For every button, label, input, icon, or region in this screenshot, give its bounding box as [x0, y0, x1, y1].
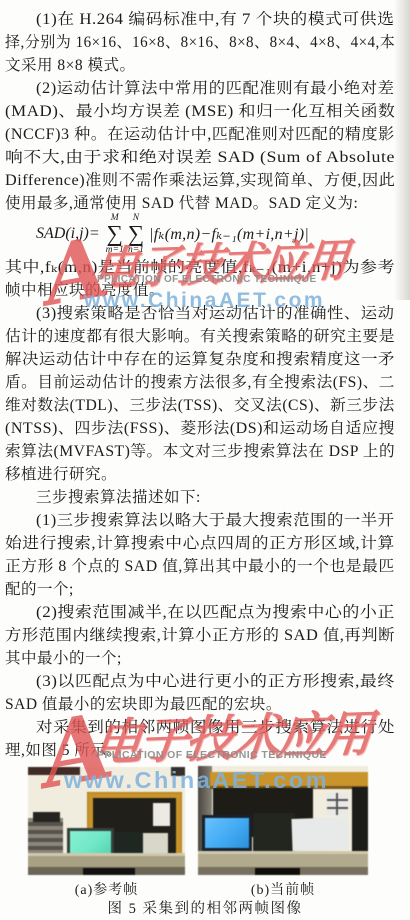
text-line: 其中,fₖ(m,n)是当前帧的亮度值,fₖ₋₁(m+i,n+j)为参考: [5, 256, 395, 279]
text-line: 移植进行研究。: [5, 463, 395, 486]
text-line: (1)三步搜索算法以略大于最大搜索范围的一半开: [5, 509, 395, 532]
text-line: 三步搜索算法描述如下:: [5, 486, 395, 509]
text-line: 盾。目前运动估计的搜索方法很多,有全搜索法(FS)、二: [5, 371, 395, 394]
scanned-paper-page: (1)在 H.264 编码标准中,有 7 个块的模式可供选择,分别为 16×16…: [0, 0, 410, 920]
dark-object: [33, 812, 60, 822]
text-line: 估计的速度都有很大影响。有关搜索策略的研究主要是: [5, 325, 395, 348]
desk-surface: [198, 854, 368, 867]
text-line: 帧中相应块的亮度值。: [5, 279, 395, 302]
text-line: (NCCF)3 种。在运动估计中,匹配准则对匹配的精度影: [5, 123, 395, 146]
text-line: 理,如图 5 所示。: [5, 739, 395, 762]
photo-dark-corner: [171, 767, 185, 776]
sum-lower-limit: n=1: [128, 245, 144, 255]
text-line: 择,分别为 16×16、16×8、8×16、8×8、8×4、4×8、4×4,本: [5, 31, 395, 54]
formula-lhs: SAD(i,j)=: [36, 225, 100, 243]
photo-current-frame: [198, 766, 368, 875]
under-desk-shadow: [83, 868, 135, 875]
text-line: Difference)准则不需作乘法运算,实现简单、方便,因此: [5, 169, 395, 192]
sigma-icon: ∑: [128, 223, 144, 245]
figure-caption: 图 5 采集到的相邻两帧图像: [0, 897, 410, 918]
dark-monitor: [253, 813, 295, 853]
text-line: 响不大,由于求和绝对误差 SAD (Sum of Absolute: [5, 146, 395, 169]
blue-monitor-screen: [205, 818, 249, 848]
text-line: 配的一个;: [5, 578, 395, 601]
text-line: 索算法(MVFAST)等。本文对三步搜索算法在 DSP 上的: [5, 440, 395, 463]
text-line: (MAD)、最小均方误差 (MSE) 和归一化互相关函数: [5, 100, 395, 123]
white-board: [291, 817, 348, 851]
photo-reference-frame: [28, 767, 185, 875]
sigma-icon: ∑: [106, 223, 122, 245]
subcaption-current-frame: (b)当前帧: [198, 879, 368, 899]
sigma-sum-outer: M ∑ m=1: [106, 213, 124, 255]
text-line: 其中最小的一个;: [5, 647, 395, 670]
text-line: 解决运动估计中存在的运算复杂度和搜索精度这一矛: [5, 348, 395, 371]
sum-lower-limit: m=1: [106, 245, 124, 255]
subcaption-reference-frame: (a)参考帧: [28, 879, 185, 899]
scan-edge-artifact: [394, 0, 410, 300]
notice-paper: [153, 803, 170, 826]
text-line: 方形范围内继续搜索,计算小正方形的 SAD 值,再判断: [5, 624, 395, 647]
under-desk-shadow: [255, 868, 300, 875]
wooden-beam: [210, 772, 368, 786]
small-grid-window: [327, 793, 348, 815]
text-line: (2)运动估计算法中常用的匹配准则有最小绝对差: [5, 77, 395, 100]
text-line: 对采集到的相邻两帧图像用三步搜索算法进行处: [5, 716, 395, 739]
sad-formula: SAD(i,j)= M ∑ m=1 N ∑ n=1 |fₖ(m,n)−fₖ₋₁(…: [36, 210, 309, 258]
paragraph-block-top: (1)在 H.264 编码标准中,有 7 个块的模式可供选择,分别为 16×16…: [5, 8, 395, 215]
text-line: (2)搜索范围减半,在以匹配点为搜索中心的小正: [5, 601, 395, 624]
photo-dark-corner: [28, 767, 80, 775]
text-line: (1)在 H.264 编码标准中,有 7 个块的模式可供选: [5, 8, 395, 31]
text-line: (3)以匹配点为中心进行更小的正方形搜索,最终: [5, 670, 395, 693]
paragraph-block-bottom: 其中,fₖ(m,n)是当前帧的亮度值,fₖ₋₁(m+i,n+j)为参考帧中相应块…: [5, 256, 395, 762]
text-line: 始进行搜索,计算搜索中心点四周的正方形区域,计算: [5, 532, 395, 555]
text-line: 正方形 8 个点的 SAD 值,算出其中最小的一个也是最匹: [5, 555, 395, 578]
text-line: SAD 值最小的宏块即为最匹配的宏块。: [5, 693, 395, 716]
sigma-sum-inner: N ∑ n=1: [128, 213, 144, 255]
text-line: (3)搜索策略是否恰当对运动估计的准确性、运动: [5, 302, 395, 325]
dark-cabinet: [352, 787, 368, 853]
text-line: 文采用 8×8 模式。: [5, 54, 395, 77]
text-line: 维对数法(TDL)、三步法(TSS)、交叉法(CS)、新三步法: [5, 394, 395, 417]
formula-rhs: |fₖ(m,n)−fₖ₋₁(m+i,n+j)|: [149, 224, 309, 244]
text-line: (NTSS)、四步法(FSS)、菱形法(DS)和运动场自适应搜: [5, 417, 395, 440]
